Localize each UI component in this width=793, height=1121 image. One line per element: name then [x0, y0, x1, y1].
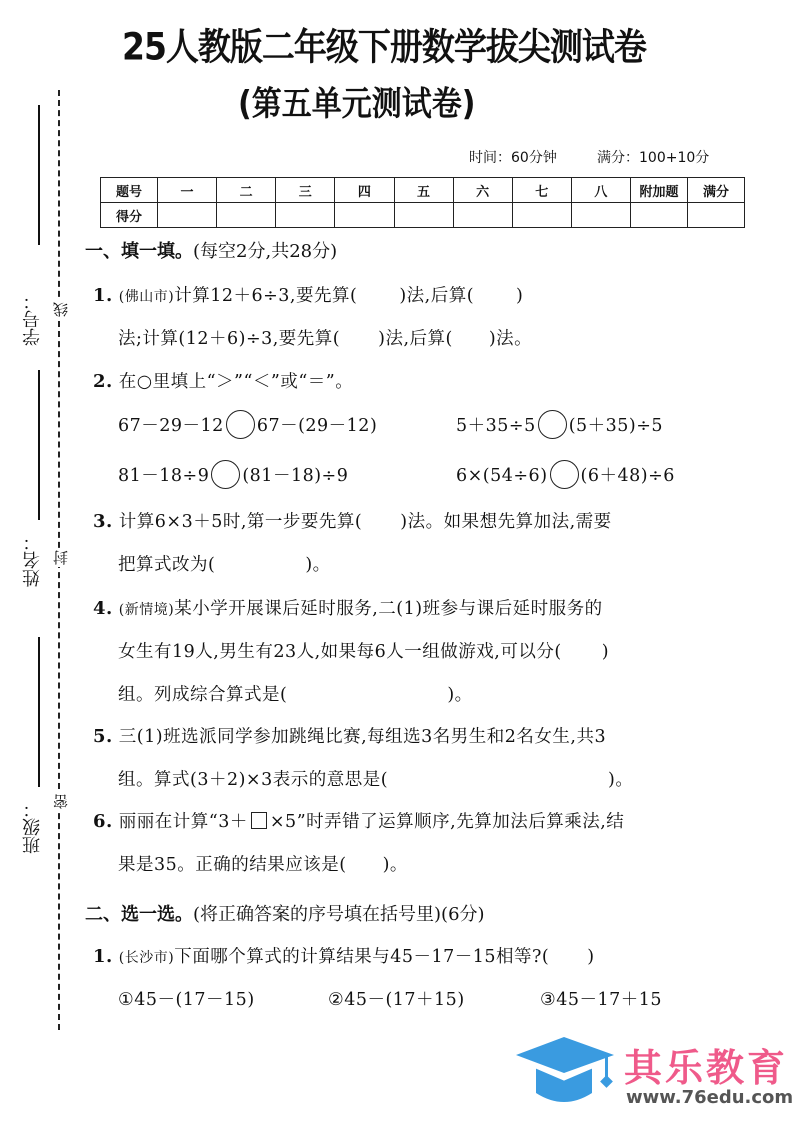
column-header: 三 [276, 178, 335, 203]
column-header: 附加题 [631, 178, 688, 203]
question-number: 6. [93, 811, 113, 832]
score-cell[interactable] [688, 203, 745, 228]
question-number: 1. [93, 285, 113, 306]
option-3[interactable]: ③45－17＋15 [540, 986, 662, 1011]
score-cell[interactable] [276, 203, 335, 228]
question-text: 某小学开展课后延时服务,二(1)班参与课后延时服务的 [174, 599, 602, 619]
unknown-box [251, 812, 267, 829]
score-cell[interactable] [571, 203, 630, 228]
score-cell[interactable] [394, 203, 453, 228]
question-1-4-line-1: 4.(新情境)某小学开展课后延时服务,二(1)班参与课后延时服务的 [93, 595, 603, 620]
section-2-note: (将正确答案的序号填在括号里)(6分) [193, 904, 485, 925]
question-text: ) [587, 947, 594, 967]
compare-circle[interactable] [550, 460, 579, 489]
question-text: )。 [608, 770, 633, 790]
question-tag: (新情境) [119, 602, 174, 618]
question-text: 三(1)班选派同学参加跳绳比赛,每组选3名男生和2名女生,共3 [119, 727, 606, 747]
column-header: 四 [335, 178, 394, 203]
compare-circle[interactable] [211, 460, 240, 489]
column-header: 一 [158, 178, 217, 203]
page-subtitle: (第五单元测试卷) [238, 76, 475, 125]
question-text: ) [516, 286, 523, 306]
column-header: 六 [453, 178, 512, 203]
question-number: 2. [93, 371, 113, 392]
question-1-5-line-2: 组。算式(3＋2)×3表示的意思是()。 [118, 766, 633, 791]
option-1[interactable]: ①45－(17－15) [118, 986, 255, 1011]
question-text: 法;计算(12＋6)÷3,要先算( [118, 329, 340, 349]
question-text: 计算6×3＋5时,第一步要先算( [119, 512, 362, 532]
seal-char-secret: 密 [50, 792, 71, 811]
question-text: 组。列成综合算式是( [118, 685, 287, 705]
question-number: 5. [93, 726, 113, 747]
score-table: 题号 一 二 三 四 五 六 七 八 附加题 满分 得分 [100, 177, 745, 228]
question-number: 4. [93, 598, 113, 619]
exam-full-score: 满分：100+10分 [597, 147, 709, 167]
student-id-label: 学号： [20, 292, 46, 346]
row-header-score: 得分 [101, 203, 158, 228]
seal-char-line: 线 [50, 300, 71, 319]
score-table-score-row: 得分 [101, 203, 745, 228]
section-1-heading: 一、填一填。(每空2分,共28分) [85, 237, 337, 263]
question-1-5-line-1: 5.三(1)班选派同学参加跳绳比赛,每组选3名男生和2名女生,共3 [93, 723, 606, 748]
comparison-4: 6×(54÷6)(6＋48)÷6 [456, 462, 675, 491]
question-text: 下面哪个算式的计算结果与45－17－15相等?( [174, 947, 549, 967]
comparison-1: 67－29－1267－(29－12) [118, 412, 377, 441]
binding-margin: 学号： 姓名： 班级： 线 封 密 [0, 0, 90, 1121]
score-cell[interactable] [512, 203, 571, 228]
question-1-3-line-2: 把算式改为()。 [118, 551, 331, 576]
section-2-heading: 二、选一选。(将正确答案的序号填在括号里)(6分) [85, 900, 485, 926]
score-cell[interactable] [158, 203, 217, 228]
question-number: 3. [93, 511, 113, 532]
name-write-line-upper [38, 370, 40, 520]
exam-time: 时间：60分钟 [469, 147, 557, 167]
comparison-2: 5＋35÷5(5＋35)÷5 [456, 412, 663, 441]
page-title: 25人教版二年级下册数学拔尖测试卷 [122, 18, 742, 71]
row-header-question: 题号 [101, 178, 158, 203]
section-1-title: 一、填一填。 [85, 241, 193, 262]
question-text: )法。 [489, 329, 532, 349]
question-text: )。 [383, 855, 408, 875]
expression-right: (81－18)÷9 [242, 466, 348, 486]
question-text: )。 [447, 685, 472, 705]
score-cell[interactable] [335, 203, 394, 228]
score-cell[interactable] [217, 203, 276, 228]
section-1-note: (每空2分,共28分) [193, 241, 337, 262]
question-text: )法。如果想先算加法,需要 [400, 512, 611, 532]
question-1-1-line-2: 法;计算(12＋6)÷3,要先算()法,后算()法。 [118, 325, 532, 350]
question-1-6-line-2: 果是35。正确的结果应该是()。 [118, 851, 408, 876]
expression-left: 81－18÷9 [118, 466, 209, 486]
option-2[interactable]: ②45－(17＋15) [328, 986, 465, 1011]
section-2-title: 二、选一选。 [85, 904, 193, 925]
question-text: 丽丽在计算“3＋ [119, 812, 248, 832]
student-id-write-line[interactable] [38, 105, 40, 245]
score-cell[interactable] [631, 203, 688, 228]
expression-left: 6×(54÷6) [456, 466, 548, 486]
question-text: 女生有19人,男生有23人,如果每6人一组做游戏,可以分( [118, 642, 562, 662]
question-1-4-line-2: 女生有19人,男生有23人,如果每6人一组做游戏,可以分() [118, 638, 609, 663]
compare-circle[interactable] [226, 410, 255, 439]
question-text: 果是35。正确的结果应该是( [118, 855, 347, 875]
compare-circle[interactable] [538, 410, 567, 439]
question-text: )法,后算( [378, 329, 453, 349]
question-1-4-line-3: 组。列成综合算式是()。 [118, 681, 473, 706]
question-1-6-line-1: 6.丽丽在计算“3＋×5”时弄错了运算顺序,先算加法后算乘法,结 [93, 808, 624, 833]
publisher-name: 其乐教育 [624, 1037, 788, 1092]
expression-left: 67－29－12 [118, 416, 224, 436]
question-tag: (长沙市) [119, 950, 174, 966]
expression-left: 5＋35÷5 [456, 416, 536, 436]
question-1-1-line-1: 1.(佛山市)计算12＋6÷3,要先算()法,后算() [93, 282, 523, 307]
column-header: 五 [394, 178, 453, 203]
question-text: 组。算式(3＋2)×3表示的意思是( [118, 770, 388, 790]
question-1-2-prompt: 2.在○里填上“＞”“＜”或“＝”。 [93, 368, 353, 393]
score-cell[interactable] [453, 203, 512, 228]
column-header: 八 [571, 178, 630, 203]
score-table-header-row: 题号 一 二 三 四 五 六 七 八 附加题 满分 [101, 178, 745, 203]
name-write-line[interactable] [38, 637, 40, 787]
column-header: 满分 [688, 178, 745, 203]
seal-char-seal: 封 [50, 548, 71, 567]
question-text: )法,后算( [399, 286, 474, 306]
question-text: 在○里填上“＞”“＜”或“＝”。 [119, 372, 353, 392]
question-2-1: 1.(长沙市)下面哪个算式的计算结果与45－17－15相等?() [93, 943, 595, 968]
column-header: 二 [217, 178, 276, 203]
question-text: 把算式改为( [118, 555, 215, 575]
expression-right: (6＋48)÷6 [581, 466, 675, 486]
question-text: )。 [305, 555, 330, 575]
comparison-3: 81－18÷9(81－18)÷9 [118, 462, 348, 491]
expression-right: (5＋35)÷5 [569, 416, 663, 436]
question-1-3-line-1: 3.计算6×3＋5时,第一步要先算()法。如果想先算加法,需要 [93, 508, 612, 533]
question-text: ×5”时弄错了运算顺序,先算加法后算乘法,结 [270, 812, 624, 832]
question-text: 计算12＋6÷3,要先算( [174, 286, 357, 306]
publisher-logo: 其乐教育 www.76edu.com [510, 1035, 790, 1115]
class-label: 班级： [20, 800, 46, 854]
question-tag: (佛山市) [119, 289, 174, 305]
question-number: 1. [93, 946, 113, 967]
graduation-cap-icon [510, 1035, 615, 1110]
expression-right: 67－(29－12) [257, 416, 377, 436]
column-header: 七 [512, 178, 571, 203]
question-text: ) [602, 642, 609, 662]
name-label: 姓名： [20, 533, 46, 587]
publisher-url: www.76edu.com [626, 1087, 793, 1108]
